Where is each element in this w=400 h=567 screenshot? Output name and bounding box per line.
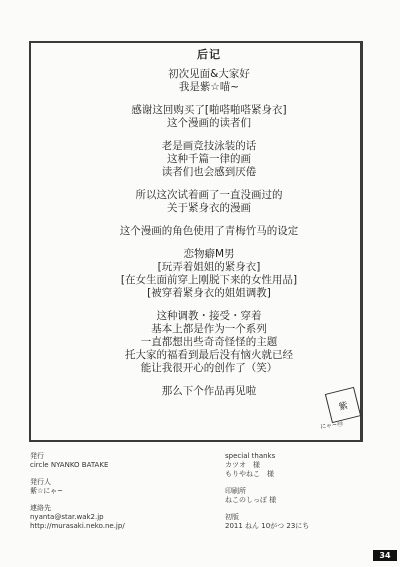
publisher-label: 発行 bbox=[30, 452, 125, 461]
paragraph: 这个漫画的角色使用了青梅竹马的设定 bbox=[29, 225, 389, 238]
text-line: 老是画竞技泳装的话 bbox=[29, 140, 389, 153]
thanks-label: special thanks bbox=[225, 452, 309, 461]
text-line: 托大家的福看到最后没有恼火就已经 bbox=[29, 349, 389, 362]
text-line: 这种千篇一律的画 bbox=[29, 153, 389, 166]
contact-block: 連絡先 nyanta@star.wak2.jp http://murasaki.… bbox=[30, 504, 125, 531]
publisher-block: 発行 circle NYANKO BATAKE bbox=[30, 452, 125, 470]
text-line: 恋物癖M男 bbox=[29, 248, 389, 261]
paragraph: 恋物癖M男 [玩弄着姐姐的紧身衣] [在女生面前穿上刚脱下来的女性用品] [被穿… bbox=[29, 248, 389, 300]
printer-label: 印刷所 bbox=[225, 487, 309, 496]
afterword-message: 后记 初次见面&大家好 我是紫☆喵~ 感谢这回购买了[啪嗒啪嗒紧身衣] 这个漫画… bbox=[29, 46, 389, 408]
text-line: 一直都想出些奇奇怪怪的主题 bbox=[29, 336, 389, 349]
text-line: 基本上都是作为一个系列 bbox=[29, 323, 389, 336]
paragraph: 这种调教・接受・穿着 基本上都是作为一个系列 一直都想出些奇奇怪怪的主题 托大家… bbox=[29, 310, 389, 375]
paragraph: 所以这次试着画了一直没画过的 关于紧身衣的漫画 bbox=[29, 189, 389, 215]
text-line: 关于紧身衣的漫画 bbox=[29, 202, 389, 215]
text-line: 初次见面&大家好 bbox=[29, 68, 389, 81]
paragraph: 感谢这回购买了[啪嗒啪嗒紧身衣] 这个漫画的读者们 bbox=[29, 104, 389, 130]
page-number: 34 bbox=[373, 550, 397, 561]
thanks-name: カツオ 様 bbox=[225, 461, 309, 470]
text-line: 感谢这回购买了[啪嗒啪嗒紧身衣] bbox=[29, 104, 389, 117]
paragraph: 初次见面&大家好 我是紫☆喵~ bbox=[29, 68, 389, 94]
text-line: [被穿着紧身衣的姐姐调教] bbox=[29, 287, 389, 300]
publisher-person-label: 発行人 bbox=[30, 478, 125, 487]
text-line: 这个漫画的角色使用了青梅竹马的设定 bbox=[29, 225, 389, 238]
colophon-left: 発行 circle NYANKO BATAKE 発行人 紫☆にゃ~ 連絡先 ny… bbox=[30, 452, 125, 539]
paragraph: 老是画竞技泳装的话 这种千篇一律的画 读者们也会感到厌倦 bbox=[29, 140, 389, 179]
publisher-person-block: 発行人 紫☆にゃ~ bbox=[30, 478, 125, 496]
text-line: 这种调教・接受・穿着 bbox=[29, 310, 389, 323]
edition-block: 初版 2011 ねん 10がつ 23にち bbox=[225, 513, 309, 531]
thanks-name: もりやねこ 様 bbox=[225, 470, 309, 479]
text-line: [在女生面前穿上刚脱下来的女性用品] bbox=[29, 274, 389, 287]
contact-label: 連絡先 bbox=[30, 504, 125, 513]
edition-label: 初版 bbox=[225, 513, 309, 522]
text-line: 读者们也会感到厌倦 bbox=[29, 166, 389, 179]
text-line: 能让我很开心的创作了（笑） bbox=[29, 362, 389, 375]
contact-url: http://murasaki.neko.ne.jp/ bbox=[30, 522, 125, 531]
publisher-person-value: 紫☆にゃ~ bbox=[30, 487, 125, 496]
contact-email: nyanta@star.wak2.jp bbox=[30, 513, 125, 522]
text-line: [玩弄着姐姐的紧身衣] bbox=[29, 261, 389, 274]
printer-value: ねこのしっぽ 様 bbox=[225, 496, 309, 505]
text-line: 这个漫画的读者们 bbox=[29, 117, 389, 130]
colophon-right: special thanks カツオ 様 もりやねこ 様 印刷所 ねこのしっぽ … bbox=[225, 452, 309, 539]
text-line: 我是紫☆喵~ bbox=[29, 81, 389, 94]
edition-date: 2011 ねん 10がつ 23にち bbox=[225, 522, 309, 531]
afterword-title: 后记 bbox=[29, 46, 389, 60]
publisher-value: circle NYANKO BATAKE bbox=[30, 461, 125, 470]
thanks-block: special thanks カツオ 様 もりやねこ 様 bbox=[225, 452, 309, 479]
printer-block: 印刷所 ねこのしっぽ 様 bbox=[225, 487, 309, 505]
text-line: 所以这次试着画了一直没画过的 bbox=[29, 189, 389, 202]
